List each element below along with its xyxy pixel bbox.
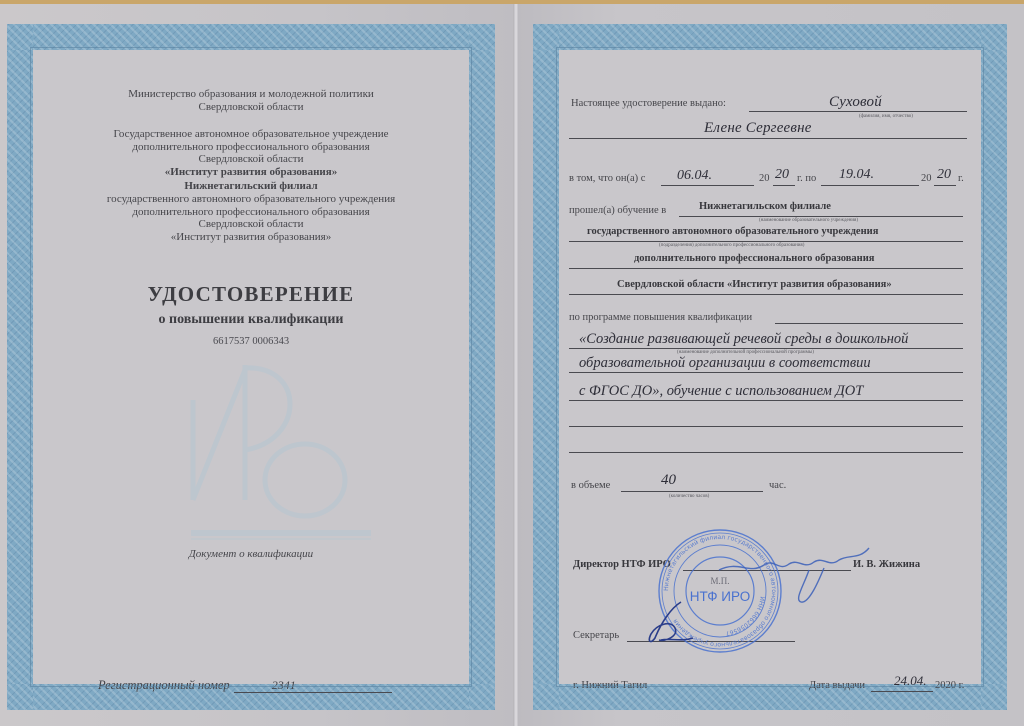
hours-line bbox=[621, 491, 763, 492]
institution-caption-2: (подразделения) дополнительного професси… bbox=[659, 243, 804, 248]
issued-to-label: Настоящее удостоверение выдано: bbox=[571, 98, 726, 109]
trained-label: прошел(а) обучение в bbox=[569, 205, 666, 216]
ministry-region: Свердловской области bbox=[33, 101, 469, 114]
period-label: в том, что он(а) с bbox=[569, 173, 645, 184]
certificate-title: УДОСТОВЕРЕНИЕ bbox=[33, 282, 469, 307]
date-from: 06.04. bbox=[677, 168, 712, 184]
year-to: 20 bbox=[937, 167, 951, 183]
institution-line-2 bbox=[569, 241, 963, 242]
program-title-2: образовательной организации в соответств… bbox=[579, 355, 871, 372]
year-prefix-from: 20 bbox=[759, 173, 770, 184]
year-from: 20 bbox=[775, 167, 789, 183]
org-line: дополнительного профессионального образо… bbox=[33, 141, 469, 154]
iro-logo-watermark bbox=[175, 340, 375, 540]
date-to: 19.04. bbox=[839, 167, 874, 183]
given-names-line bbox=[569, 138, 967, 139]
program-line-5 bbox=[569, 452, 963, 453]
institution-name-2: государственного автономного образовател… bbox=[587, 226, 878, 237]
ministry-header: Министерство образования и молодежной по… bbox=[33, 88, 469, 113]
secretary-label: Секретарь bbox=[573, 630, 619, 641]
registration-label: Регистрационный номер bbox=[98, 678, 230, 693]
program-line-4 bbox=[569, 426, 963, 427]
branch-line: Свердловской области bbox=[33, 218, 469, 231]
issue-year: 2020 г. bbox=[935, 680, 964, 691]
year-prefix-to: 20 bbox=[921, 173, 932, 184]
program-line-1 bbox=[569, 348, 963, 349]
year-suffix-to: г. bbox=[958, 173, 964, 184]
city-label: г. Нижний Тагил bbox=[573, 680, 647, 691]
document-type-label: Документ о квалификации bbox=[33, 548, 469, 560]
year-from-line bbox=[773, 185, 795, 186]
program-label: по программе повышения квалификации bbox=[569, 312, 752, 323]
name-caption: (фамилия, имя, отчество) bbox=[859, 114, 913, 119]
director-signature bbox=[709, 540, 879, 610]
issue-date-line bbox=[871, 691, 933, 692]
org-name: «Институт развития образования» bbox=[33, 166, 469, 179]
program-title-3: с ФГОС ДО», обучение с использованием ДО… bbox=[579, 383, 863, 400]
secretary-signature bbox=[641, 598, 701, 648]
registration-number-row: Регистрационный номер 2341 bbox=[98, 678, 392, 693]
page-fold bbox=[513, 4, 519, 726]
recipient-given-names: Елене Сергеевне bbox=[704, 120, 812, 137]
ministry-line: Министерство образования и молодежной по… bbox=[33, 88, 469, 101]
right-ornamental-frame: Настоящее удостоверение выдано: Суховой … bbox=[533, 24, 1007, 710]
left-ornamental-frame: Министерство образования и молодежной по… bbox=[7, 24, 495, 710]
program-line-3 bbox=[569, 400, 963, 401]
institution-caption-1: (наименование образовательного учреждени… bbox=[759, 218, 858, 223]
hours-unit: час. bbox=[769, 480, 786, 491]
organization-header: Государственное автономное образовательн… bbox=[33, 128, 469, 243]
institution-name-4: Свердловской области «Институт развития … bbox=[617, 279, 892, 290]
issue-date: 24.04. bbox=[894, 673, 927, 689]
branch-line: государственного автономного образовател… bbox=[33, 193, 469, 206]
recipient-surname: Суховой bbox=[829, 94, 882, 111]
institution-line-3 bbox=[569, 268, 963, 269]
hours-caption: (количество часов) bbox=[669, 494, 709, 499]
institution-line-4 bbox=[569, 294, 963, 295]
program-label-line bbox=[775, 323, 963, 324]
program-title-1: «Создание развивающей речевой среды в до… bbox=[579, 331, 908, 348]
date-from-line bbox=[661, 185, 754, 186]
issue-date-label: Дата выдачи bbox=[809, 680, 865, 691]
branch-line: дополнительного профессионального образо… bbox=[33, 206, 469, 219]
institution-name-1: Нижнетагильском филиале bbox=[699, 201, 831, 212]
branch-title: Нижнетагильский филиал bbox=[33, 180, 469, 193]
hours-value: 40 bbox=[661, 472, 676, 489]
surname-line bbox=[749, 111, 967, 112]
org-line: Государственное автономное образовательн… bbox=[33, 128, 469, 141]
certificate-subtitle: о повышении квалификации bbox=[33, 312, 469, 328]
institution-name-3: дополнительного профессионального образо… bbox=[634, 253, 874, 264]
volume-label: в объеме bbox=[571, 480, 610, 491]
year-to-line bbox=[934, 185, 956, 186]
branch-line: «Институт развития образования» bbox=[33, 231, 469, 244]
left-page-content: Министерство образования и молодежной по… bbox=[33, 50, 469, 684]
institution-line-1 bbox=[679, 216, 963, 217]
date-to-line bbox=[821, 185, 919, 186]
registration-number: 2341 bbox=[234, 679, 392, 693]
right-page-content: Настоящее удостоверение выдано: Суховой … bbox=[559, 50, 981, 684]
program-line-2 bbox=[569, 372, 963, 373]
year-suffix-from: г. по bbox=[797, 173, 816, 184]
org-line: Свердловской области bbox=[33, 153, 469, 166]
